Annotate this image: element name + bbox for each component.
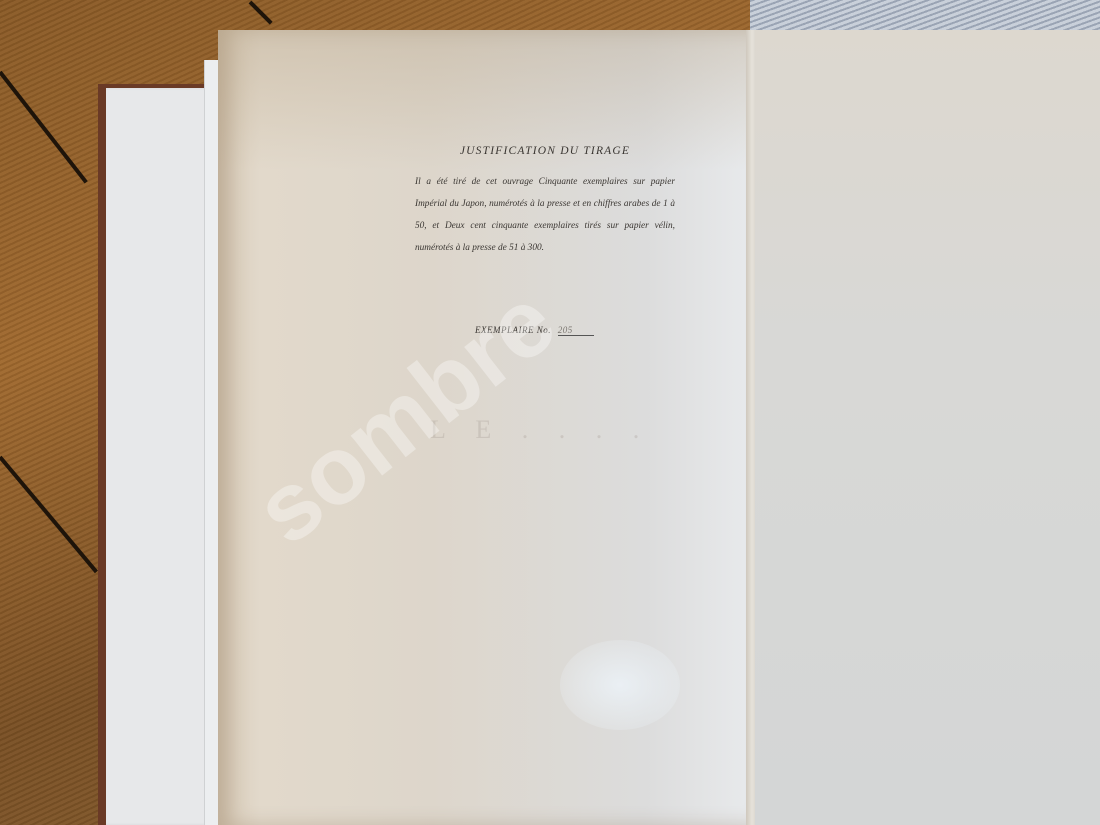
facing-blank-page [755,30,1100,825]
flyleaf-page [106,88,216,825]
justification-paragraph: Il a été tiré de cet ouvrage Cinquante e… [415,171,675,259]
justification-heading: JUSTIFICATION DU TIRAGE [415,145,675,157]
light-glare [560,640,680,730]
floor-background-right [750,0,1100,30]
justification-text-block: JUSTIFICATION DU TIRAGE Il a été tiré de… [415,145,675,259]
exemplaire-number: 205 [558,325,594,336]
